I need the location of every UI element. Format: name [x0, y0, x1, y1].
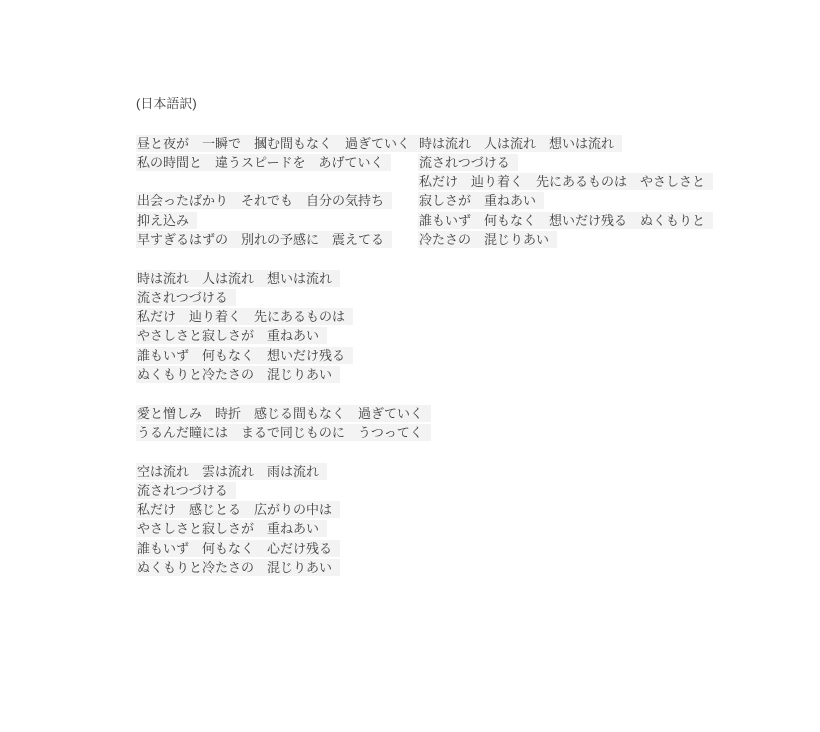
lyric-line-text: 時は流れ 人は流れ 想いは流れ — [136, 270, 340, 287]
lyric-line-text: 愛と憎しみ 時折 感じる間もなく 過ぎていく — [136, 405, 431, 422]
lyric-line-text: 空は流れ 雲は流れ 雨は流れ — [136, 463, 327, 480]
lyric-line: 私の時間と 違うスピードを あげていく — [136, 153, 431, 172]
lyric-line: 誰もいず 何もなく 心だけ残る — [136, 539, 431, 558]
lyric-line-text: ぬくもりと冷たさの 混じりあい — [136, 559, 340, 576]
lyric-line-text: 時は流れ 人は流れ 想いは流れ — [418, 135, 622, 152]
lyric-line-text: 寂しさが 重ねあい — [418, 192, 544, 209]
lyric-line-text: 誰もいず 何もなく 想いだけ残る ぬくもりと — [418, 212, 713, 229]
lyric-line-text: 抑え込み — [136, 212, 197, 229]
lyrics-left-column: 昼と夜が 一瞬で 摑む間もなく 過ぎていく私の時間と 違うスピードを あげていく… — [136, 134, 431, 578]
lyric-line: 流されつづける — [418, 153, 713, 172]
lyric-line: 愛と憎しみ 時折 感じる間もなく 過ぎていく — [136, 404, 431, 423]
lyric-line: 私だけ 辿り着く 先にあるものは やさしさと — [418, 172, 713, 191]
lyric-line: 昼と夜が 一瞬で 摑む間もなく 過ぎていく — [136, 134, 431, 153]
lyric-stanza: 出会ったばかり それでも 自分の気持ち抑え込み早すぎるはずの 別れの予感に 震え… — [136, 191, 431, 249]
lyric-line-text: うるんだ瞳には まるで同じものに うつってく — [136, 424, 431, 441]
lyric-line-text: 冷たさの 混じりあい — [418, 231, 557, 248]
lyric-line: 抑え込み — [136, 211, 431, 230]
lyric-line-text: 流されつづける — [136, 482, 236, 499]
lyric-line: ぬくもりと冷たさの 混じりあい — [136, 558, 431, 577]
lyrics-right-column: 時は流れ 人は流れ 想いは流れ流されつづける私だけ 辿り着く 先にあるものは や… — [418, 134, 713, 250]
lyric-line-text: 昼と夜が 一瞬で 摑む間もなく 過ぎていく — [136, 135, 418, 152]
lyric-line: 流されつづける — [136, 481, 431, 500]
lyric-line-text: 私だけ 感じとる 広がりの中は — [136, 501, 340, 518]
lyric-stanza: 愛と憎しみ 時折 感じる間もなく 過ぎていくうるんだ瞳には まるで同じものに う… — [136, 404, 431, 443]
lyric-line-text: 誰もいず 何もなく 心だけ残る — [136, 540, 340, 557]
lyric-line: 早すぎるはずの 別れの予感に 震えてる — [136, 230, 431, 249]
lyric-line-text: 早すぎるはずの 別れの予感に 震えてる — [136, 231, 392, 248]
lyric-stanza: 時は流れ 人は流れ 想いは流れ流されつづける私だけ 辿り着く 先にあるものは や… — [418, 134, 713, 250]
lyric-line: やさしさと寂しさが 重ねあい — [136, 326, 431, 345]
lyric-line-text: 流されつづける — [136, 289, 236, 306]
lyric-line: 流されつづける — [136, 288, 431, 307]
lyric-line-text: ぬくもりと冷たさの 混じりあい — [136, 366, 340, 383]
lyric-line: 出会ったばかり それでも 自分の気持ち — [136, 191, 431, 210]
lyric-line: 空は流れ 雲は流れ 雨は流れ — [136, 462, 431, 481]
lyric-line: ぬくもりと冷たさの 混じりあい — [136, 365, 431, 384]
lyric-line-text: 誰もいず 何もなく 想いだけ残る — [136, 347, 353, 364]
lyric-stanza: 空は流れ 雲は流れ 雨は流れ流されつづける私だけ 感じとる 広がりの中はやさしさ… — [136, 462, 431, 578]
lyric-line-text: 流されつづける — [418, 154, 518, 171]
lyric-line: 時は流れ 人は流れ 想いは流れ — [418, 134, 713, 153]
document-page: (日本語訳) 昼と夜が 一瞬で 摑む間もなく 過ぎていく私の時間と 違うスピード… — [0, 0, 820, 732]
lyric-line: うるんだ瞳には まるで同じものに うつってく — [136, 423, 431, 442]
lyric-line-text: やさしさと寂しさが 重ねあい — [136, 520, 327, 537]
lyric-line: 冷たさの 混じりあい — [418, 230, 713, 249]
lyric-line-text: 出会ったばかり それでも 自分の気持ち — [136, 192, 392, 209]
lyric-line-text: 私だけ 辿り着く 先にあるものは — [136, 308, 353, 325]
lyric-line: 寂しさが 重ねあい — [418, 191, 713, 210]
lyric-line-text: やさしさと寂しさが 重ねあい — [136, 327, 327, 344]
lyric-line-text: 私だけ 辿り着く 先にあるものは やさしさと — [418, 173, 713, 190]
lyric-stanza: 時は流れ 人は流れ 想いは流れ流されつづける私だけ 辿り着く 先にあるものはやさ… — [136, 269, 431, 385]
lyric-line-text: 私の時間と 違うスピードを あげていく — [136, 154, 391, 171]
lyric-line: 誰もいず 何もなく 想いだけ残る — [136, 346, 431, 365]
lyric-line: 誰もいず 何もなく 想いだけ残る ぬくもりと — [418, 211, 713, 230]
lyric-line: 時は流れ 人は流れ 想いは流れ — [136, 269, 431, 288]
lyric-line: やさしさと寂しさが 重ねあい — [136, 519, 431, 538]
lyric-line: 私だけ 感じとる 広がりの中は — [136, 500, 431, 519]
lyric-stanza: 昼と夜が 一瞬で 摑む間もなく 過ぎていく私の時間と 違うスピードを あげていく — [136, 134, 431, 173]
lyric-line: 私だけ 辿り着く 先にあるものは — [136, 307, 431, 326]
translation-note-header: (日本語訳) — [136, 94, 197, 113]
